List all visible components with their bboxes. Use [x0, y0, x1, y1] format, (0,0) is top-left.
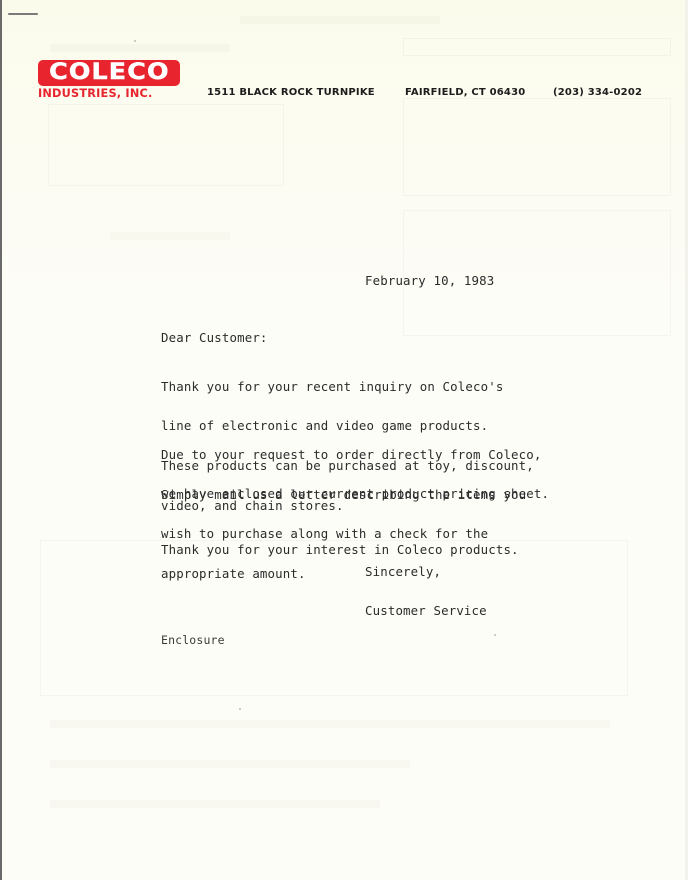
paragraph-line: Thank you for your recent inquiry on Col… [161, 380, 534, 393]
enclosure-note: Enclosure [161, 634, 225, 647]
address-street: 1511 BLACK ROCK TURNPIKE [207, 87, 375, 98]
closing-signature: Sincerely, Customer Service [365, 538, 487, 644]
paragraph-line: Due to your request to order directly fr… [161, 448, 549, 461]
address-city: FAIRFIELD, CT 06430 [405, 87, 525, 98]
closing-line: Sincerely, [365, 565, 487, 578]
paper-speck [239, 708, 241, 710]
letter-date: February 10, 1983 [365, 274, 494, 287]
company-logo: COLECO [38, 60, 180, 86]
logo-subtitle: INDUSTRIES, INC. [38, 87, 182, 100]
paper-speck [134, 40, 136, 42]
phone-number: (203) 334-0202 [553, 87, 642, 98]
page-edge-left [0, 0, 2, 880]
logo-wordmark: COLECO [49, 62, 169, 84]
closing-line: Customer Service [365, 604, 487, 617]
paragraph-line: Simply mail us a letter describing the i… [161, 488, 526, 501]
salutation: Dear Customer: [161, 331, 268, 344]
paper-speck [494, 634, 496, 636]
staple-mark [8, 13, 38, 15]
